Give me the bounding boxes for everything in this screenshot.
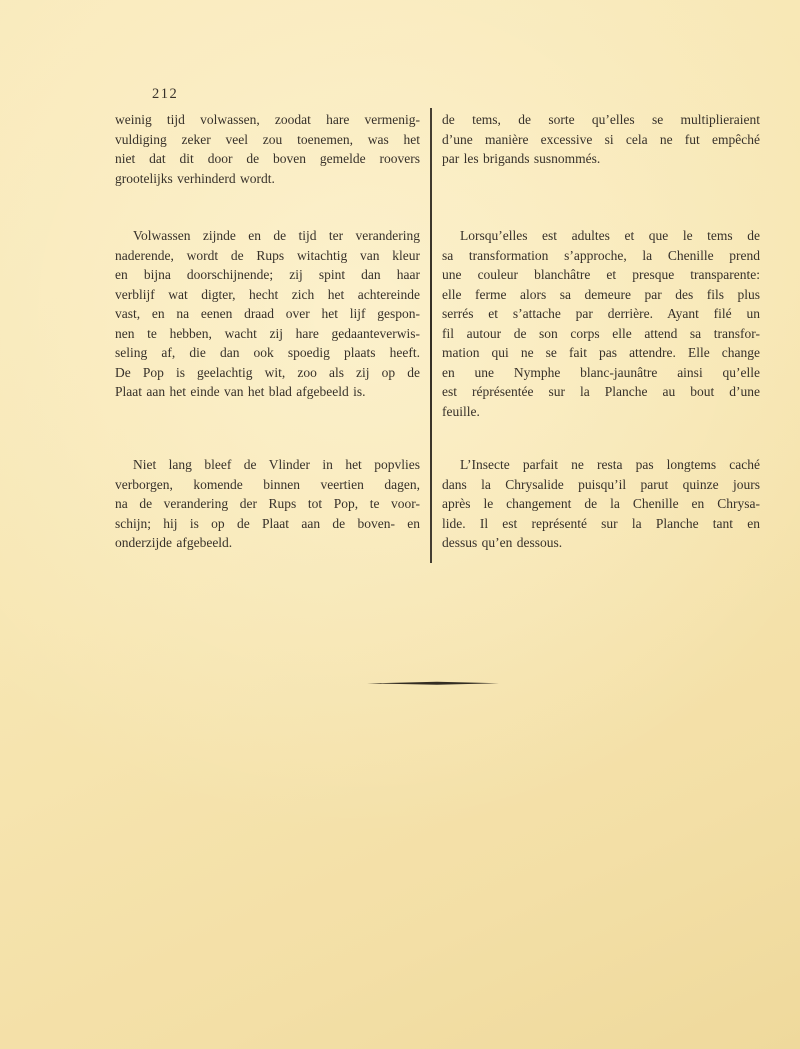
text-line: lide. Il est représenté sur la Planche t… (442, 514, 760, 534)
swelled-rule-graphic (367, 681, 499, 686)
text-line: d’une manière excessive si cela ne fut e… (442, 130, 760, 150)
swelled-divider-rule (367, 673, 499, 678)
paragraph: Lorsqu’elles est adultes et que le tems … (442, 226, 760, 421)
text-line: est réprésentée sur la Planche au bout d… (442, 382, 760, 402)
text-line: Volwassen zijnde en de tijd ter verander… (115, 226, 420, 246)
text-line: mation qui ne se fait pas attendre. Elle… (442, 343, 760, 363)
text-line: elle ferme alors sa demeure par des fils… (442, 285, 760, 305)
text-line: onderzijde afgebeeld. (115, 533, 420, 553)
text-line: feuille. (442, 402, 760, 422)
text-line: sa transformation s’approche, la Chenill… (442, 246, 760, 266)
text-line: L’Insecte parfait ne resta pas longtems … (442, 455, 760, 475)
text-line: verblijf wat digter, hecht zich het acht… (115, 285, 420, 305)
text-line: Lorsqu’elles est adultes et que le tems … (442, 226, 760, 246)
paragraph: de tems, de sorte qu’elles se multiplier… (442, 110, 760, 169)
right-column-french-text: de tems, de sorte qu’elles se multiplier… (442, 0, 760, 1049)
text-line: schijn; hij is op de Plaat aan de boven-… (115, 514, 420, 534)
text-line: une couleur blanchâtre et presque transp… (442, 265, 760, 285)
text-line: vast, en na eenen draad over het lijf ge… (115, 304, 420, 324)
paragraph: Niet lang bleef de Vlinder in het popvli… (115, 455, 420, 553)
paragraph: Volwassen zijnde en de tijd ter verander… (115, 226, 420, 402)
text-line: De Pop is geelachtig wit, zoo als zij op… (115, 363, 420, 383)
text-line: grootelijks verhinderd wordt. (115, 169, 420, 189)
text-line: fil autour de son corps elle attend sa t… (442, 324, 760, 344)
column-divider-rule (430, 108, 432, 563)
book-page: 212 weinig tijd volwassen, zoodat hare v… (0, 0, 800, 1049)
left-column-dutch-text: weinig tijd volwassen, zoodat hare verme… (115, 0, 420, 1049)
text-line: dans la Chrysalide puisqu’il parut quinz… (442, 475, 760, 495)
text-line: en bijna doorschijnende; zij spint dan h… (115, 265, 420, 285)
text-line: niet dat dit door de boven gemelde roove… (115, 149, 420, 169)
text-line: verborgen, komende binnen veertien dagen… (115, 475, 420, 495)
text-line: en une Nymphe blanc-jaunâtre ainsi qu’el… (442, 363, 760, 383)
text-line: Niet lang bleef de Vlinder in het popvli… (115, 455, 420, 475)
text-line: weinig tijd volwassen, zoodat hare verme… (115, 110, 420, 130)
text-line: Plaat aan het einde van het blad afgebee… (115, 382, 420, 402)
text-line: vuldiging zeker veel zou toenemen, was h… (115, 130, 420, 150)
text-line: naderende, wordt de Rups witachtig van k… (115, 246, 420, 266)
paragraph: weinig tijd volwassen, zoodat hare verme… (115, 110, 420, 188)
text-line: serrés et s’attache par derrière. Ayant … (442, 304, 760, 324)
text-line: na de verandering der Rups tot Pop, te v… (115, 494, 420, 514)
text-line: par les brigands susnommés. (442, 149, 760, 169)
text-line: nen te hebben, wacht zij hare gedaanteve… (115, 324, 420, 344)
paragraph: L’Insecte parfait ne resta pas longtems … (442, 455, 760, 553)
text-line: après le changement de la Chenille en Ch… (442, 494, 760, 514)
text-line: de tems, de sorte qu’elles se multiplier… (442, 110, 760, 130)
text-line: seling af, die dan ook spoedig plaats he… (115, 343, 420, 363)
text-line: dessus qu’en dessous. (442, 533, 760, 553)
